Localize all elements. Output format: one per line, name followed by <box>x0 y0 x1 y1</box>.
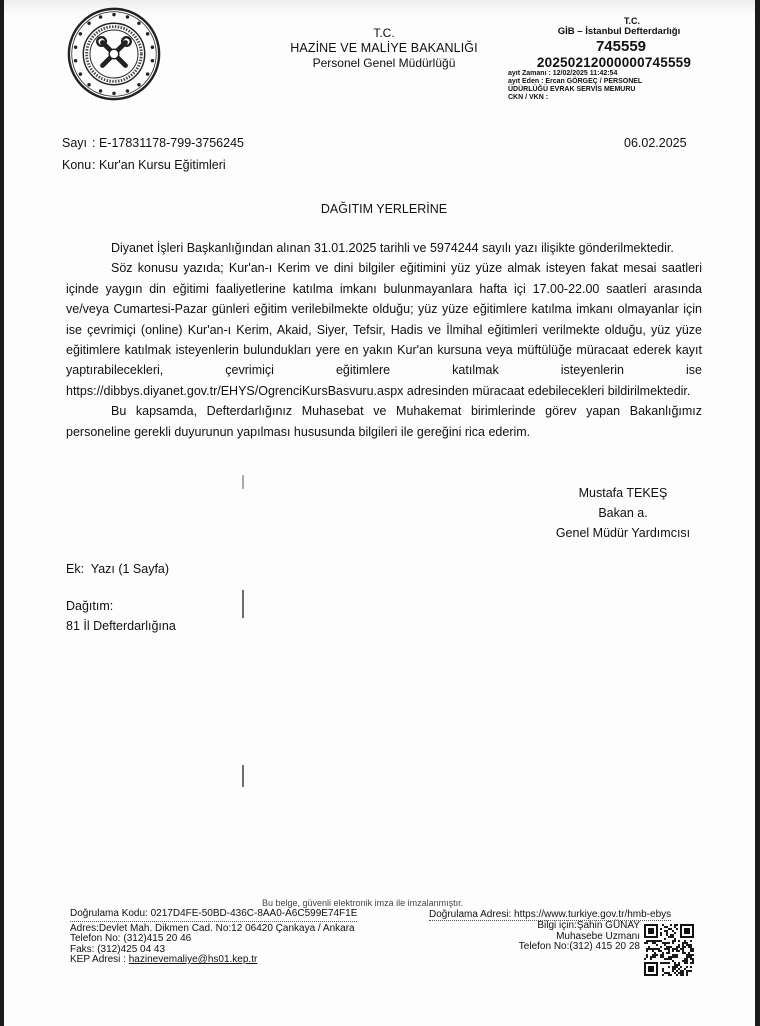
letterhead-ministry: HAZİNE VE MALİYE BAKANLIĞI <box>274 41 494 56</box>
distribution-recipient: 81 İl Defterdarlığına <box>66 616 176 636</box>
stamp-id: CKN / VKN : <box>504 94 724 102</box>
scan-mark <box>242 765 244 787</box>
body-paragraph: Söz konusu yazıda; Kur'an-ı Kerim ve din… <box>66 258 702 401</box>
stamp-time: ayıt Zamanı : 12/02/2025 11:42:54 <box>504 70 724 78</box>
verification-code: Doğrulama Kodu: 0217D4FE-50BD-436C-8AA0-… <box>70 909 357 922</box>
letterhead-department: Personel Genel Müdürlüğü <box>274 56 494 71</box>
document-number: Sayı: E-17831178-799-3756245 <box>62 136 244 150</box>
sayi-value: : E-17831178-799-3756245 <box>92 136 244 150</box>
signatory-name: Mustafa TEKEŞ <box>534 483 712 503</box>
scan-mark <box>242 590 244 618</box>
konu-label: Konu <box>62 158 92 172</box>
kep-label: KEP Adresi : <box>70 954 129 965</box>
signatory-on-behalf: Bakan a. <box>534 503 712 523</box>
document-page: T.C. HAZİNE VE MALİYE BAKANLIĞI Personel… <box>4 0 755 1026</box>
scan-mark <box>242 475 244 489</box>
distribution: Dağıtım: 81 İl Defterdarlığına <box>66 596 176 636</box>
registry-stamp: T.C. GİB – İstanbul Defterdarlığı 745559… <box>504 16 724 102</box>
konu-value: : Kur'an Kursu Eğitimleri <box>92 158 226 172</box>
info-contact: Bilgi için:Şahin GÜNAY Muhasebe Uzmanı T… <box>504 921 640 953</box>
attachment: Ek: Yazı (1 Sayfa) <box>66 562 169 576</box>
footer-kep: KEP Adresi : hazinevemaliye@hs01.kep.tr <box>70 955 357 966</box>
document-date: 06.02.2025 <box>624 136 687 150</box>
stamp-office: GİB – İstanbul Defterdarlığı <box>504 26 724 38</box>
stamp-country: T.C. <box>504 16 724 26</box>
document-subject: Konu: Kur'an Kursu Eğitimleri <box>62 158 226 172</box>
stamp-registry-code: 20250212000000745559 <box>504 55 724 70</box>
info-contact-name: Bilgi için:Şahin GÜNAY <box>504 921 640 932</box>
qr-code-icon[interactable] <box>644 924 694 976</box>
footer-contact: Doğrulama Kodu: 0217D4FE-50BD-436C-8AA0-… <box>70 909 357 966</box>
letterhead-country: T.C. <box>274 26 494 41</box>
signatory-title: Genel Müdür Yardımcısı <box>534 523 712 543</box>
sayi-label: Sayı <box>62 136 92 150</box>
addressee: DAĞITIM YERLERİNE <box>4 202 760 216</box>
distribution-label: Dağıtım: <box>66 596 176 616</box>
ministry-seal-icon <box>66 6 162 102</box>
body-paragraph: Bu kapsamda, Defterdarlığınız Muhasebat … <box>66 401 702 442</box>
letter-body: Diyanet İşleri Başkanlığından alınan 31.… <box>66 238 702 442</box>
footer-phone: Telefon No: (312)415 20 46 <box>70 934 357 945</box>
stamp-registered-by: ayıt Eden : Ercan GÖRGEÇ / PERSONEL <box>504 78 724 86</box>
body-paragraph: Diyanet İşleri Başkanlığından alınan 31.… <box>66 238 702 258</box>
stamp-number: 745559 <box>504 38 724 55</box>
kep-link[interactable]: hazinevemaliye@hs01.kep.tr <box>129 954 258 965</box>
esign-note: Bu belge, güvenli elektronik imza ile im… <box>262 898 463 908</box>
info-contact-phone: Telefon No:(312) 415 20 28 <box>504 942 640 953</box>
letterhead: T.C. HAZİNE VE MALİYE BAKANLIĞI Personel… <box>274 26 494 71</box>
stamp-unit: ÜDÜRLÜĞÜ EVRAK SERVİS MEMURU <box>504 86 724 94</box>
signature-block: Mustafa TEKEŞ Bakan a. Genel Müdür Yardı… <box>534 483 712 543</box>
